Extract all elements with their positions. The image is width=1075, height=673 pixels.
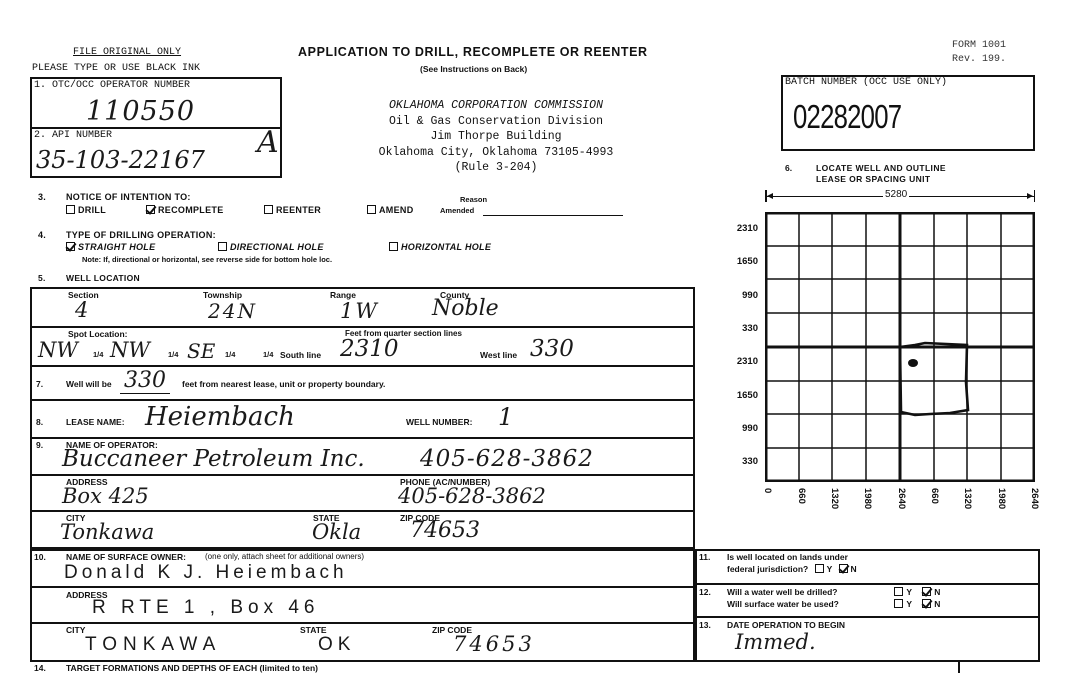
start-date-label: DATE OPERATION TO BEGIN [727,620,845,630]
owner-city-value[interactable]: TONKAWA [85,634,221,656]
divider [30,510,695,512]
no-label: N [851,564,857,574]
operator-number-label: 1. OTC/OCC OPERATOR NUMBER [34,80,190,91]
county-value[interactable]: Noble [432,296,499,321]
lease-name-value[interactable]: Heiembach [145,402,295,432]
x-label: 0 [762,488,773,493]
form-subtitle: (See Instructions on Back) [420,64,527,74]
y-label: 330 [718,456,758,467]
section11-line1: Is well located on lands under [727,552,848,562]
yes-label: Y [827,564,833,574]
batch-number-label: BATCH NUMBER (OCC USE ONLY) [785,77,947,88]
form-title: APPLICATION TO DRILL, RECOMPLETE OR REEN… [298,45,648,59]
section4-note: Note: If, directional or horizontal, see… [82,255,332,264]
phone-value[interactable]: 405-628-3862 [398,484,546,508]
amended-reason-field[interactable] [483,215,623,216]
divider [30,326,695,328]
api-annotation: A [257,125,279,160]
divider [30,622,695,624]
boundary-distance-value[interactable]: 330 [120,368,170,394]
x-label: 1320 [962,488,973,509]
y-label: 2310 [718,356,758,367]
quarter-label: 1/4 [263,350,273,359]
plat-grid[interactable] [765,212,1035,482]
section9-number: 9. [36,440,43,450]
section12-number: 12. [699,587,711,597]
y-label: 1650 [718,256,758,267]
horizontal-hole-checkbox[interactable] [389,242,398,251]
water-well-label: Will a water well be drilled? [727,587,892,597]
straight-hole-label: STRAIGHT HOLE [78,242,155,252]
water-well-no-checkbox[interactable] [922,587,931,596]
api-number-value[interactable]: 35-103-22167 [36,146,205,174]
agency-name: OKLAHOMA CORPORATION COMMISSION [296,98,696,114]
horizontal-hole-option[interactable]: HORIZONTAL HOLE [389,242,491,252]
owner-state-value[interactable]: OK [318,634,355,656]
start-date-value[interactable]: Immed. [735,630,816,654]
west-line-value[interactable]: 330 [530,336,574,362]
section-value[interactable]: 4 [75,298,88,322]
section6-number: 6. [785,163,792,173]
surface-water-yes-checkbox[interactable] [894,599,903,608]
south-line-label: South line [280,350,321,360]
divider [695,616,1040,618]
divider [30,437,695,439]
dimension-arrow: 5280 [765,190,1035,202]
y-label: 2310 [718,223,758,234]
surface-owner-note: (one only, attach sheet for additional o… [205,552,364,561]
recomplete-checkbox[interactable] [146,205,155,214]
surface-owner-value[interactable]: Donald K J. Heiembach [64,562,348,584]
well-location-dot [908,359,918,367]
ink-instruction: PLEASE TYPE OR USE BLACK INK [32,63,200,74]
api-number-label: 2. API NUMBER [34,130,112,141]
well-number-value[interactable]: 1 [498,403,513,431]
spot-quarter-2[interactable]: NW [110,338,150,362]
section5-number: 5. [38,273,46,283]
y-label: 1650 [718,390,758,401]
divider [30,399,695,401]
section11-question: federal jurisdiction? [727,564,808,574]
section6-label-line1: LOCATE WELL AND OUTLINE [816,163,946,174]
water-well-question: Will a water well be drilled? Y N [727,587,940,597]
section4-number: 4. [38,230,46,240]
directional-hole-label: DIRECTIONAL HOLE [230,242,324,252]
x-label: 660 [796,488,807,504]
section7-number: 7. [36,379,43,389]
section5-label: WELL LOCATION [66,273,140,283]
agency-city: Oklahoma City, Oklahoma 73105-4993 [296,145,696,161]
section7-prefix: Well will be [66,379,112,389]
recomplete-option[interactable]: RECOMPLETE [146,205,224,215]
operator-name-value[interactable]: Buccaneer Petroleum Inc. [62,446,365,472]
x-label: 660 [929,488,940,504]
section11-line2: federal jurisdiction? Y N [727,564,857,574]
divider [958,662,960,673]
quarter-label: 1/4 [225,350,235,359]
agency-block: OKLAHOMA CORPORATION COMMISSION Oil & Ga… [296,98,696,176]
no-label: N [934,587,940,597]
divider [30,586,695,588]
water-well-yes-checkbox[interactable] [894,587,903,596]
operator-zip-value[interactable]: 74653 [410,518,480,543]
section3-number: 3. [38,192,46,202]
y-label: 330 [718,323,758,334]
section6-label-line2: LEASE OR SPACING UNIT [816,174,946,185]
section8-number: 8. [36,417,43,427]
federal-no-checkbox[interactable] [839,564,848,573]
agency-division: Oil & Gas Conservation Division [296,114,696,130]
yes-label: Y [906,599,912,609]
recomplete-option-label: RECOMPLETE [158,205,224,215]
plat-grid-lines [765,212,1035,482]
form-revision: Rev. 199. [952,54,1006,65]
amend-option-label: AMEND [379,205,414,215]
operator-city-value[interactable]: Tonkawa [60,520,154,544]
section13-number: 13. [699,620,711,630]
x-label: 1320 [829,488,840,509]
straight-hole-option[interactable]: STRAIGHT HOLE [66,242,155,252]
section11-number: 11. [699,552,710,562]
section14-label: TARGET FORMATIONS AND DEPTHS OF EACH (li… [66,663,318,673]
reenter-option-label: REENTER [276,205,321,215]
divider [30,365,695,367]
agency-building: Jim Thorpe Building [296,129,696,145]
directional-hole-checkbox[interactable] [218,242,227,251]
y-label: 990 [718,423,758,434]
quarter-label: 1/4 [93,350,103,359]
batch-number-value: 02282007 [793,98,901,136]
divider [30,474,695,476]
operator-number-value[interactable]: 110550 [86,96,195,127]
surface-owner-label: NAME OF SURFACE OWNER: [66,552,186,562]
surface-water-label: Will surface water be used? [727,599,892,609]
amend-checkbox[interactable] [367,205,376,214]
operator-address-value[interactable]: Box 425 [62,484,149,508]
rule-ref: (Rule 3-204) [296,160,696,176]
horizontal-hole-label: HORIZONTAL HOLE [401,242,491,252]
straight-hole-checkbox[interactable] [66,242,75,251]
owner-city-label: CITY [66,625,85,635]
township-value[interactable]: 24N [208,299,257,323]
section3-label: NOTICE OF INTENTION TO: [66,192,191,202]
file-original-note: FILE ORIGINAL ONLY [73,47,181,58]
x-label: 1980 [996,488,1007,509]
owner-address-value[interactable]: R RTE 1 , Box 46 [92,597,320,619]
section10-number: 10. [34,552,46,562]
federal-yes-checkbox[interactable] [815,564,824,573]
section6-label: LOCATE WELL AND OUTLINE LEASE OR SPACING… [816,163,946,185]
operator-phone-inline[interactable]: 405-628-3862 [420,446,594,472]
operator-state-value[interactable]: Okla [312,520,361,544]
x-label: 2640 [1029,488,1040,509]
yes-label: Y [906,587,912,597]
surface-water-question: Will surface water be used? Y N [727,599,940,609]
x-label: 1980 [862,488,873,509]
spot-quarter-1[interactable]: NW [38,338,78,362]
section7-suffix: feet from nearest lease, unit or propert… [182,379,385,389]
range-value[interactable]: 1W [340,299,379,323]
surface-water-no-checkbox[interactable] [922,599,931,608]
lease-name-label: LEASE NAME: [66,417,125,427]
section14-number: 14. [34,663,46,673]
owner-zip-value[interactable]: 74653 [453,632,535,656]
drill-option[interactable]: DRILL [66,205,106,215]
no-label: N [934,599,940,609]
amend-option[interactable]: AMEND [367,205,414,215]
reason-label: Reason [460,195,487,204]
drill-checkbox[interactable] [66,205,75,214]
divider [695,583,1040,585]
directional-hole-option[interactable]: DIRECTIONAL HOLE [218,242,324,252]
south-line-value[interactable]: 2310 [340,336,399,362]
divider [30,127,282,129]
reenter-checkbox[interactable] [264,205,273,214]
reenter-option[interactable]: REENTER [264,205,321,215]
section4-label: TYPE OF DRILLING OPERATION: [66,230,216,240]
x-label: 2640 [896,488,907,509]
dimension-label: 5280 [883,189,909,200]
west-line-label: West line [480,350,517,360]
form-number: FORM 1001 [952,40,1006,51]
y-label: 990 [718,290,758,301]
quarter-label: 1/4 [168,350,178,359]
well-number-label: WELL NUMBER: [406,417,472,427]
spot-quarter-3[interactable]: SE [187,339,215,363]
drill-option-label: DRILL [78,205,106,215]
amended-label: Amended [440,206,474,215]
